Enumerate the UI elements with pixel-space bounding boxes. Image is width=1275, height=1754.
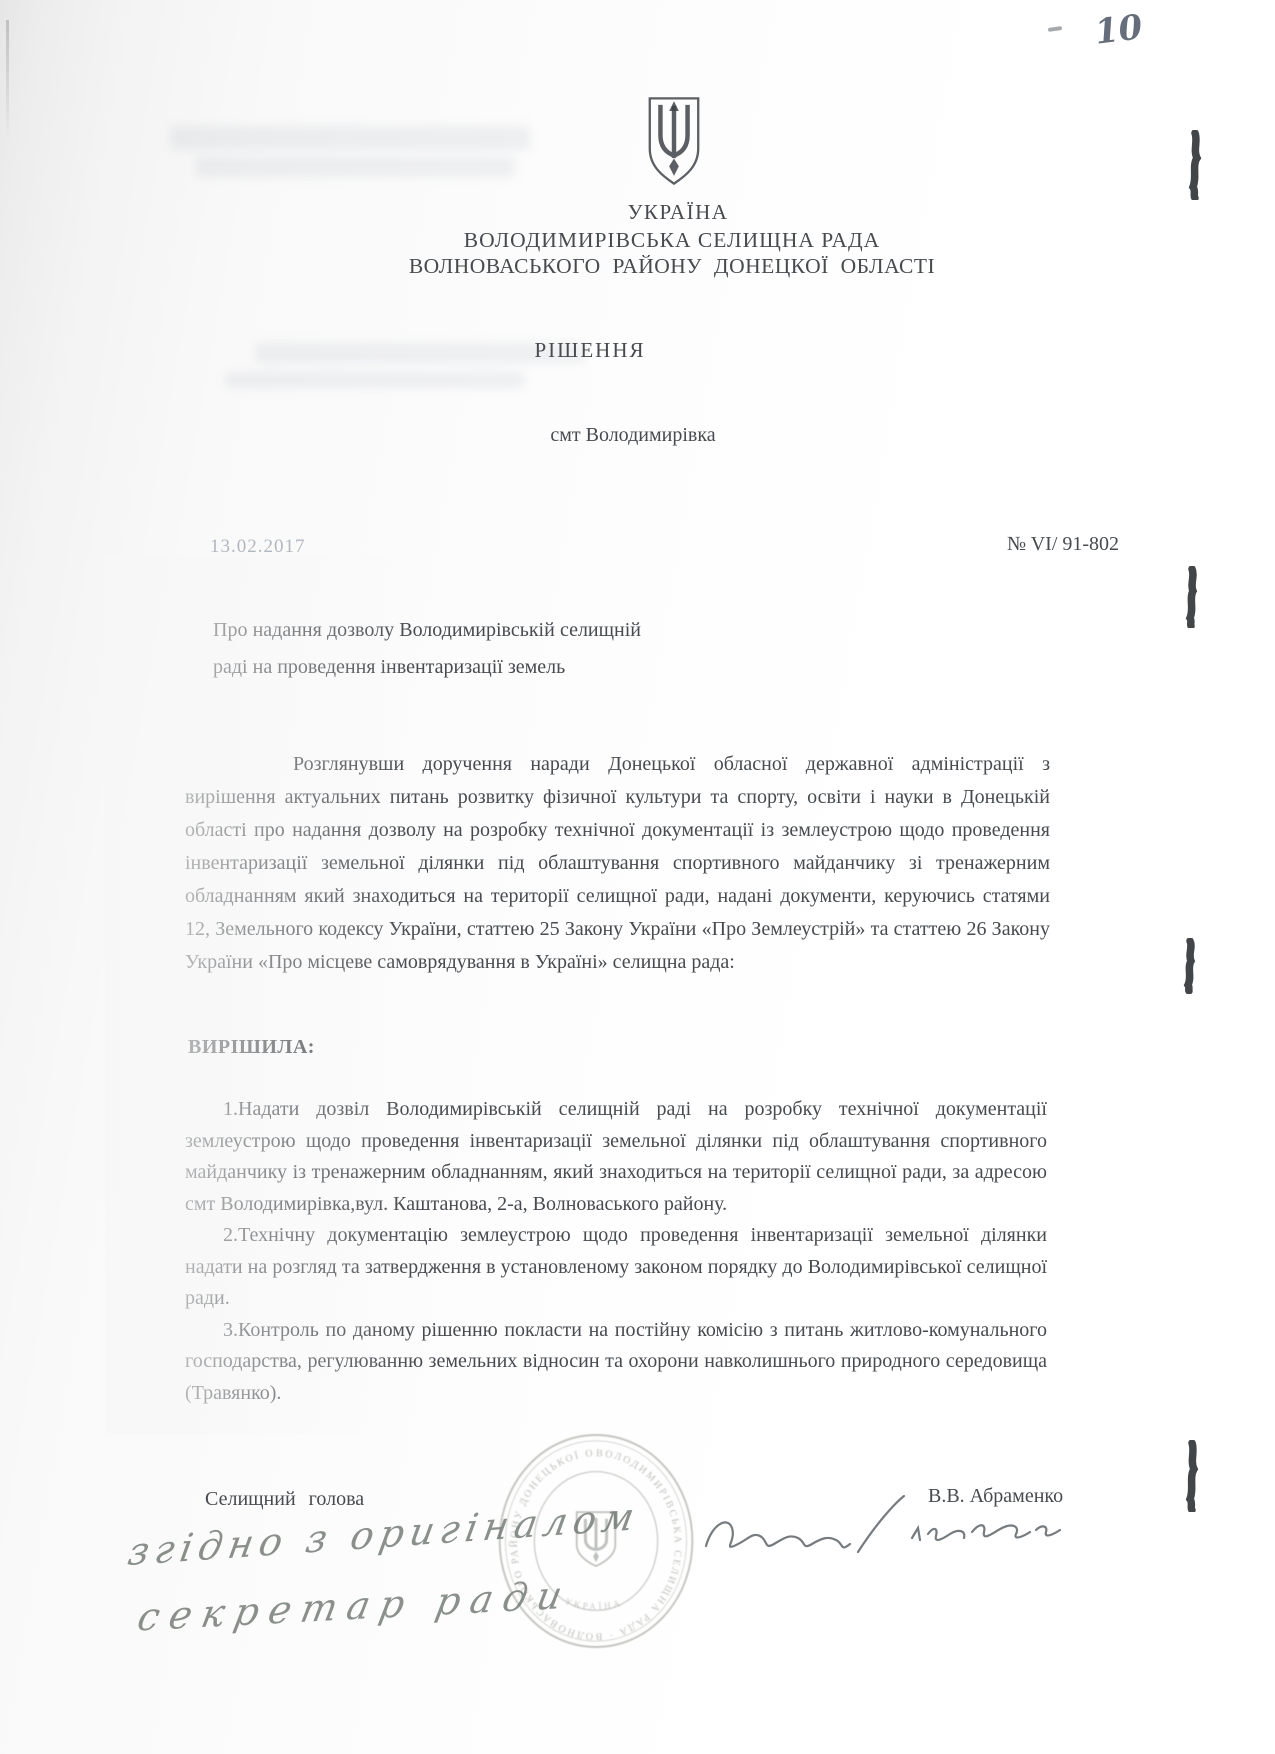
ink-mark [1181,1440,1201,1517]
document-number: № VI/ 91-802 [1007,533,1119,556]
bleedthrough-smudge [170,126,530,150]
handwritten-signature [700,1492,1070,1588]
bleedthrough-smudge [195,157,515,177]
signatory-title: Селищний голова [205,1488,364,1511]
header-country: УКРАЇНА [553,200,803,225]
ink-mark [1179,938,1199,999]
header-district-region: ВОЛНОВАСЬКОГО РАЙОНУ ДОНЕЦКОЇ ОБЛАСТІ [382,254,962,279]
pen-dash-mark [1048,26,1062,32]
ink-mark [1181,566,1201,633]
ukraine-trident-emblem-icon [643,92,705,190]
resolution-items: 1.Надати дозвіл Володимирівській селищні… [185,1094,1047,1409]
resolution-item-3: 3.Контроль по даному рішенню покласти на… [185,1315,1047,1410]
resolution-item-1: 1.Надати дозвіл Володимирівській селищні… [185,1094,1047,1220]
handwritten-page-number: 10 [1093,7,1145,52]
svg-text:УКРАЇНА: УКРАЇНА [564,1596,624,1611]
document-date: 13.02.2017 [210,536,306,558]
settlement-line: смт Володимирівка [508,424,758,447]
preamble-paragraph: Розглянувши доручення наради Донецької о… [185,748,1050,979]
resolution-item-2: 2.Технічну документацію землеустрою щодо… [185,1220,1047,1315]
stamp-inner-text: УКРАЇНА [564,1596,624,1611]
bleedthrough-smudge [225,372,525,388]
scanned-document-page: 10 УКРАЇНА ВОЛОДИМИРІВСЬКА СЕЛИЩНА РАДА … [0,0,1275,1754]
document-subject: Про надання дозволу Володимирівській сел… [213,612,641,686]
resolved-label: ВИРІШИЛА: [188,1036,315,1059]
ink-mark [1184,130,1204,205]
document-type-title: РІШЕННЯ [465,338,715,363]
header-council-name: ВОЛОДИМИРІВСЬКА СЕЛИЩНА РАДА [432,228,912,253]
